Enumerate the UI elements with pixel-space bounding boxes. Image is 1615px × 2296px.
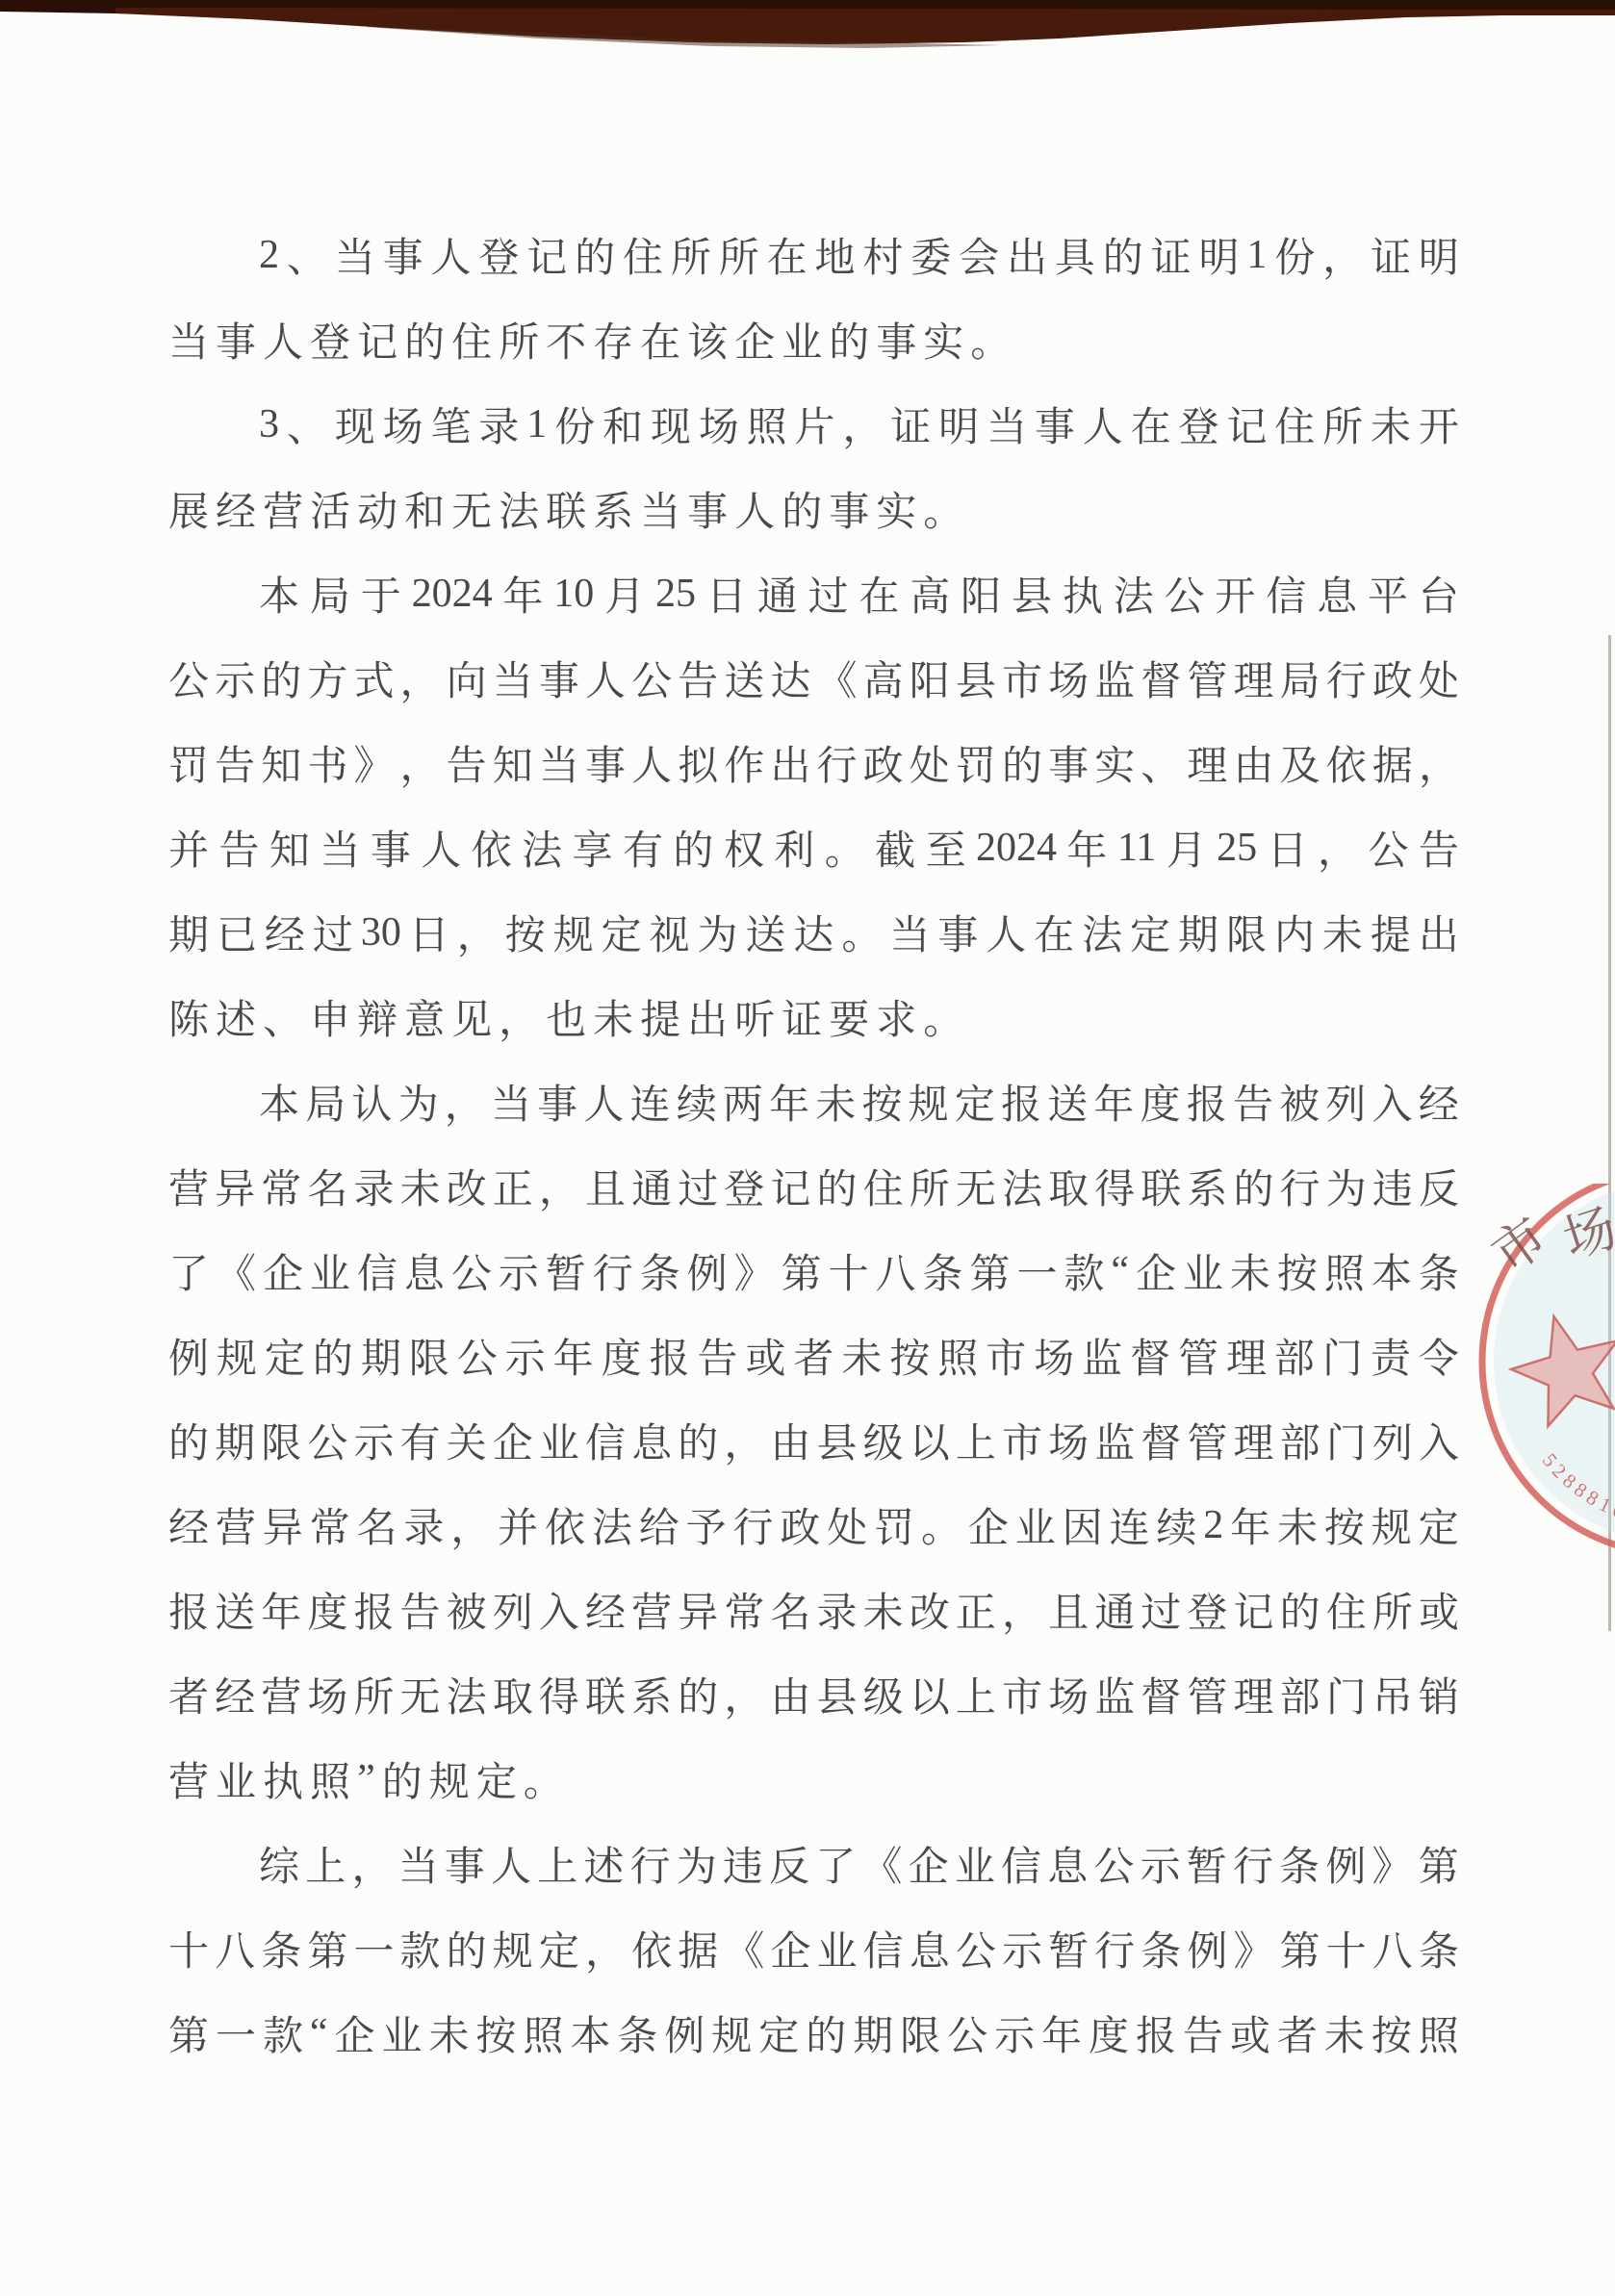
document-line: 第一款“企业未按照本条例规定的期限公示年度报告或者未按照 bbox=[168, 1991, 1459, 2076]
scan-edge-right bbox=[1608, 635, 1611, 1631]
seal-tint bbox=[1494, 1184, 1615, 1543]
document-line: 营业执照”的规定。 bbox=[168, 1737, 1459, 1822]
document-line: 3、现场笔录1份和现场照片，证明当事人在登记住所未开 bbox=[168, 382, 1459, 467]
official-seal-icon: 市 场 监 528881031 bbox=[1434, 1184, 1615, 1569]
document-line: 综上，当事人上述行为违反了《企业信息公示暂行条例》第 bbox=[168, 1822, 1459, 1906]
document-line: 罚告知书》，告知当事人拟作出行政处罚的事实、理由及依据， bbox=[168, 721, 1459, 805]
document-line: 2、当事人登记的住所所在地村委会出具的证明1份，证明 bbox=[168, 213, 1459, 297]
document-line: 并告知当事人依法享有的权利。截至2024年11月25日，公告 bbox=[168, 805, 1459, 890]
seal-star-icon bbox=[1500, 1302, 1615, 1431]
document-line: 当事人登记的住所不存在该企业的事实。 bbox=[168, 297, 1459, 382]
seal-arc-char: 市 bbox=[1482, 1207, 1558, 1284]
seal-ring bbox=[1482, 1184, 1615, 1554]
document-line: 经营异常名录，并依法给予行政处罚。企业因连续2年未按规定 bbox=[168, 1483, 1459, 1568]
document-line: 期已经过30日，按规定视为送达。当事人在法定期限内未提出 bbox=[168, 890, 1459, 975]
document-line: 的期限公示有关企业信息的，由县级以上市场监督管理部门列入 bbox=[168, 1398, 1459, 1483]
document-line: 陈述、申辩意见，也未提出听证要求。 bbox=[168, 975, 1459, 1059]
document-line: 公示的方式，向当事人公告送达《高阳县市场监督管理局行政处 bbox=[168, 636, 1459, 721]
document-line: 报送年度报告被列入经营异常名录未改正，且通过登记的住所或 bbox=[168, 1568, 1459, 1652]
document-line: 本局认为，当事人连续两年未按规定报送年度报告被列入经 bbox=[168, 1059, 1459, 1144]
document-line: 十八条第一款的规定，依据《企业信息公示暂行条例》第十八条 bbox=[168, 1906, 1459, 1991]
document-line: 者经营场所无法取得联系的，由县级以上市场监督管理部门吊销 bbox=[168, 1652, 1459, 1737]
document-body: 2、当事人登记的住所所在地村委会出具的证明1份，证明当事人登记的住所不存在该企业… bbox=[168, 213, 1459, 2076]
document-page: 2、当事人登记的住所所在地村委会出具的证明1份，证明当事人登记的住所不存在该企业… bbox=[0, 0, 1615, 2296]
document-line: 营异常名录未改正，且通过登记的住所无法取得联系的行为违反 bbox=[168, 1144, 1459, 1229]
document-line: 例规定的期限公示年度报告或者未按照市场监督管理部门责令 bbox=[168, 1314, 1459, 1398]
document-line: 展经营活动和无法联系当事人的事实。 bbox=[168, 467, 1459, 551]
scan-edge-top bbox=[0, 0, 1615, 58]
seal-serial-number: 528881031 bbox=[1538, 1449, 1615, 1532]
document-line: 了《企业信息公示暂行条例》第十八条第一款“企业未按照本条 bbox=[168, 1229, 1459, 1314]
document-line: 本局于2024年10月25日通过在高阳县执法公开信息平台 bbox=[168, 551, 1459, 636]
seal-arc-char: 场 bbox=[1556, 1199, 1615, 1270]
